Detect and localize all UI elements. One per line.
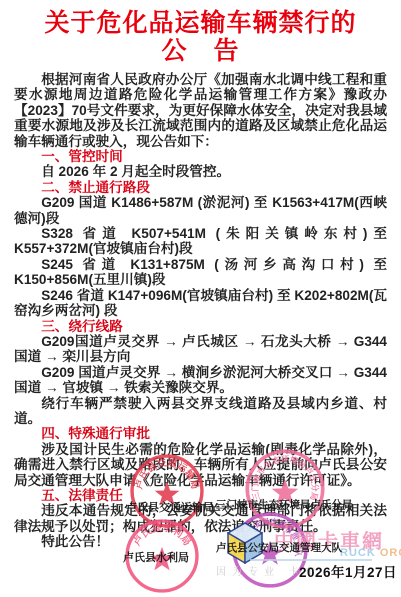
body-line: G209 国道 K1486+587M (淤泥河) 至 K1563+417M(西峡… <box>14 195 387 226</box>
body-line: G209国道卢灵交界 → 卢氏城区 → 石龙头大桥 → G344 国道 → 栾川… <box>14 334 387 365</box>
watermark-domain-part1: RUCK <box>340 547 376 559</box>
seal-label-transport-bureau: 卢氏县交通运输局 <box>126 499 214 515</box>
body-line: S328 省道 K507+541M (朱阳关镇岭东村)至K557+372M(官坡… <box>14 226 387 257</box>
body-line: 绕行车辆严禁驶入两县交界支线道路及县域内乡道、村道。 <box>14 396 387 427</box>
publish-date: 2026年1月27日 <box>299 561 397 581</box>
section-heading: 二、禁止通行路段 <box>14 180 387 195</box>
seal-label-eco-environment-bureau: 三门峡市生态环境局卢氏分局 <box>216 497 353 512</box>
body-line: 根据河南省人民政府办公厅《加强南水北调中线工程和重要水源地周边道路危险化学品运输… <box>14 72 387 149</box>
watermark-domain-part2: ORG <box>380 547 401 559</box>
section-heading: 一、管控时间 <box>14 149 387 164</box>
body-line: G209 国道卢灵交界 → 横涧乡淤泥河大桥交叉口 → G344 国道 → 官坡… <box>14 365 387 396</box>
section-heading: 四、特殊通行审批 <box>14 426 387 441</box>
body-line: S245 省道 K131+875M (汤河乡高沟口村) 至 K150+856M(… <box>14 257 387 288</box>
title-line-2: 公 告 <box>0 37 401 65</box>
seal-label-police-traffic-brigade: 卢氏县公安局交通管理大队 <box>216 540 342 555</box>
notice-page: 关于危化品运输车辆禁行的 公 告 根据河南省人民政府办公厅《加强南水北调中线工程… <box>0 0 401 597</box>
section-heading: 三、绕行线路 <box>14 319 387 334</box>
seal-label-water-bureau: 卢氏县水利局 <box>123 549 189 565</box>
body-line: S246 省道 K147+096M(官坡镇庙台村) 至 K202+802M(瓦窑… <box>14 288 387 319</box>
title-line-1: 关于危化品运输车辆禁行的 <box>0 9 401 37</box>
notice-title: 关于危化品运输车辆禁行的 公 告 <box>0 9 401 65</box>
body-line: 自 2026 年 2 月起全时段管控。 <box>14 164 387 179</box>
watermark-domain: RUCK ORG <box>340 547 401 559</box>
seal-arc-text: 卢氏县水利局 <box>129 520 194 548</box>
